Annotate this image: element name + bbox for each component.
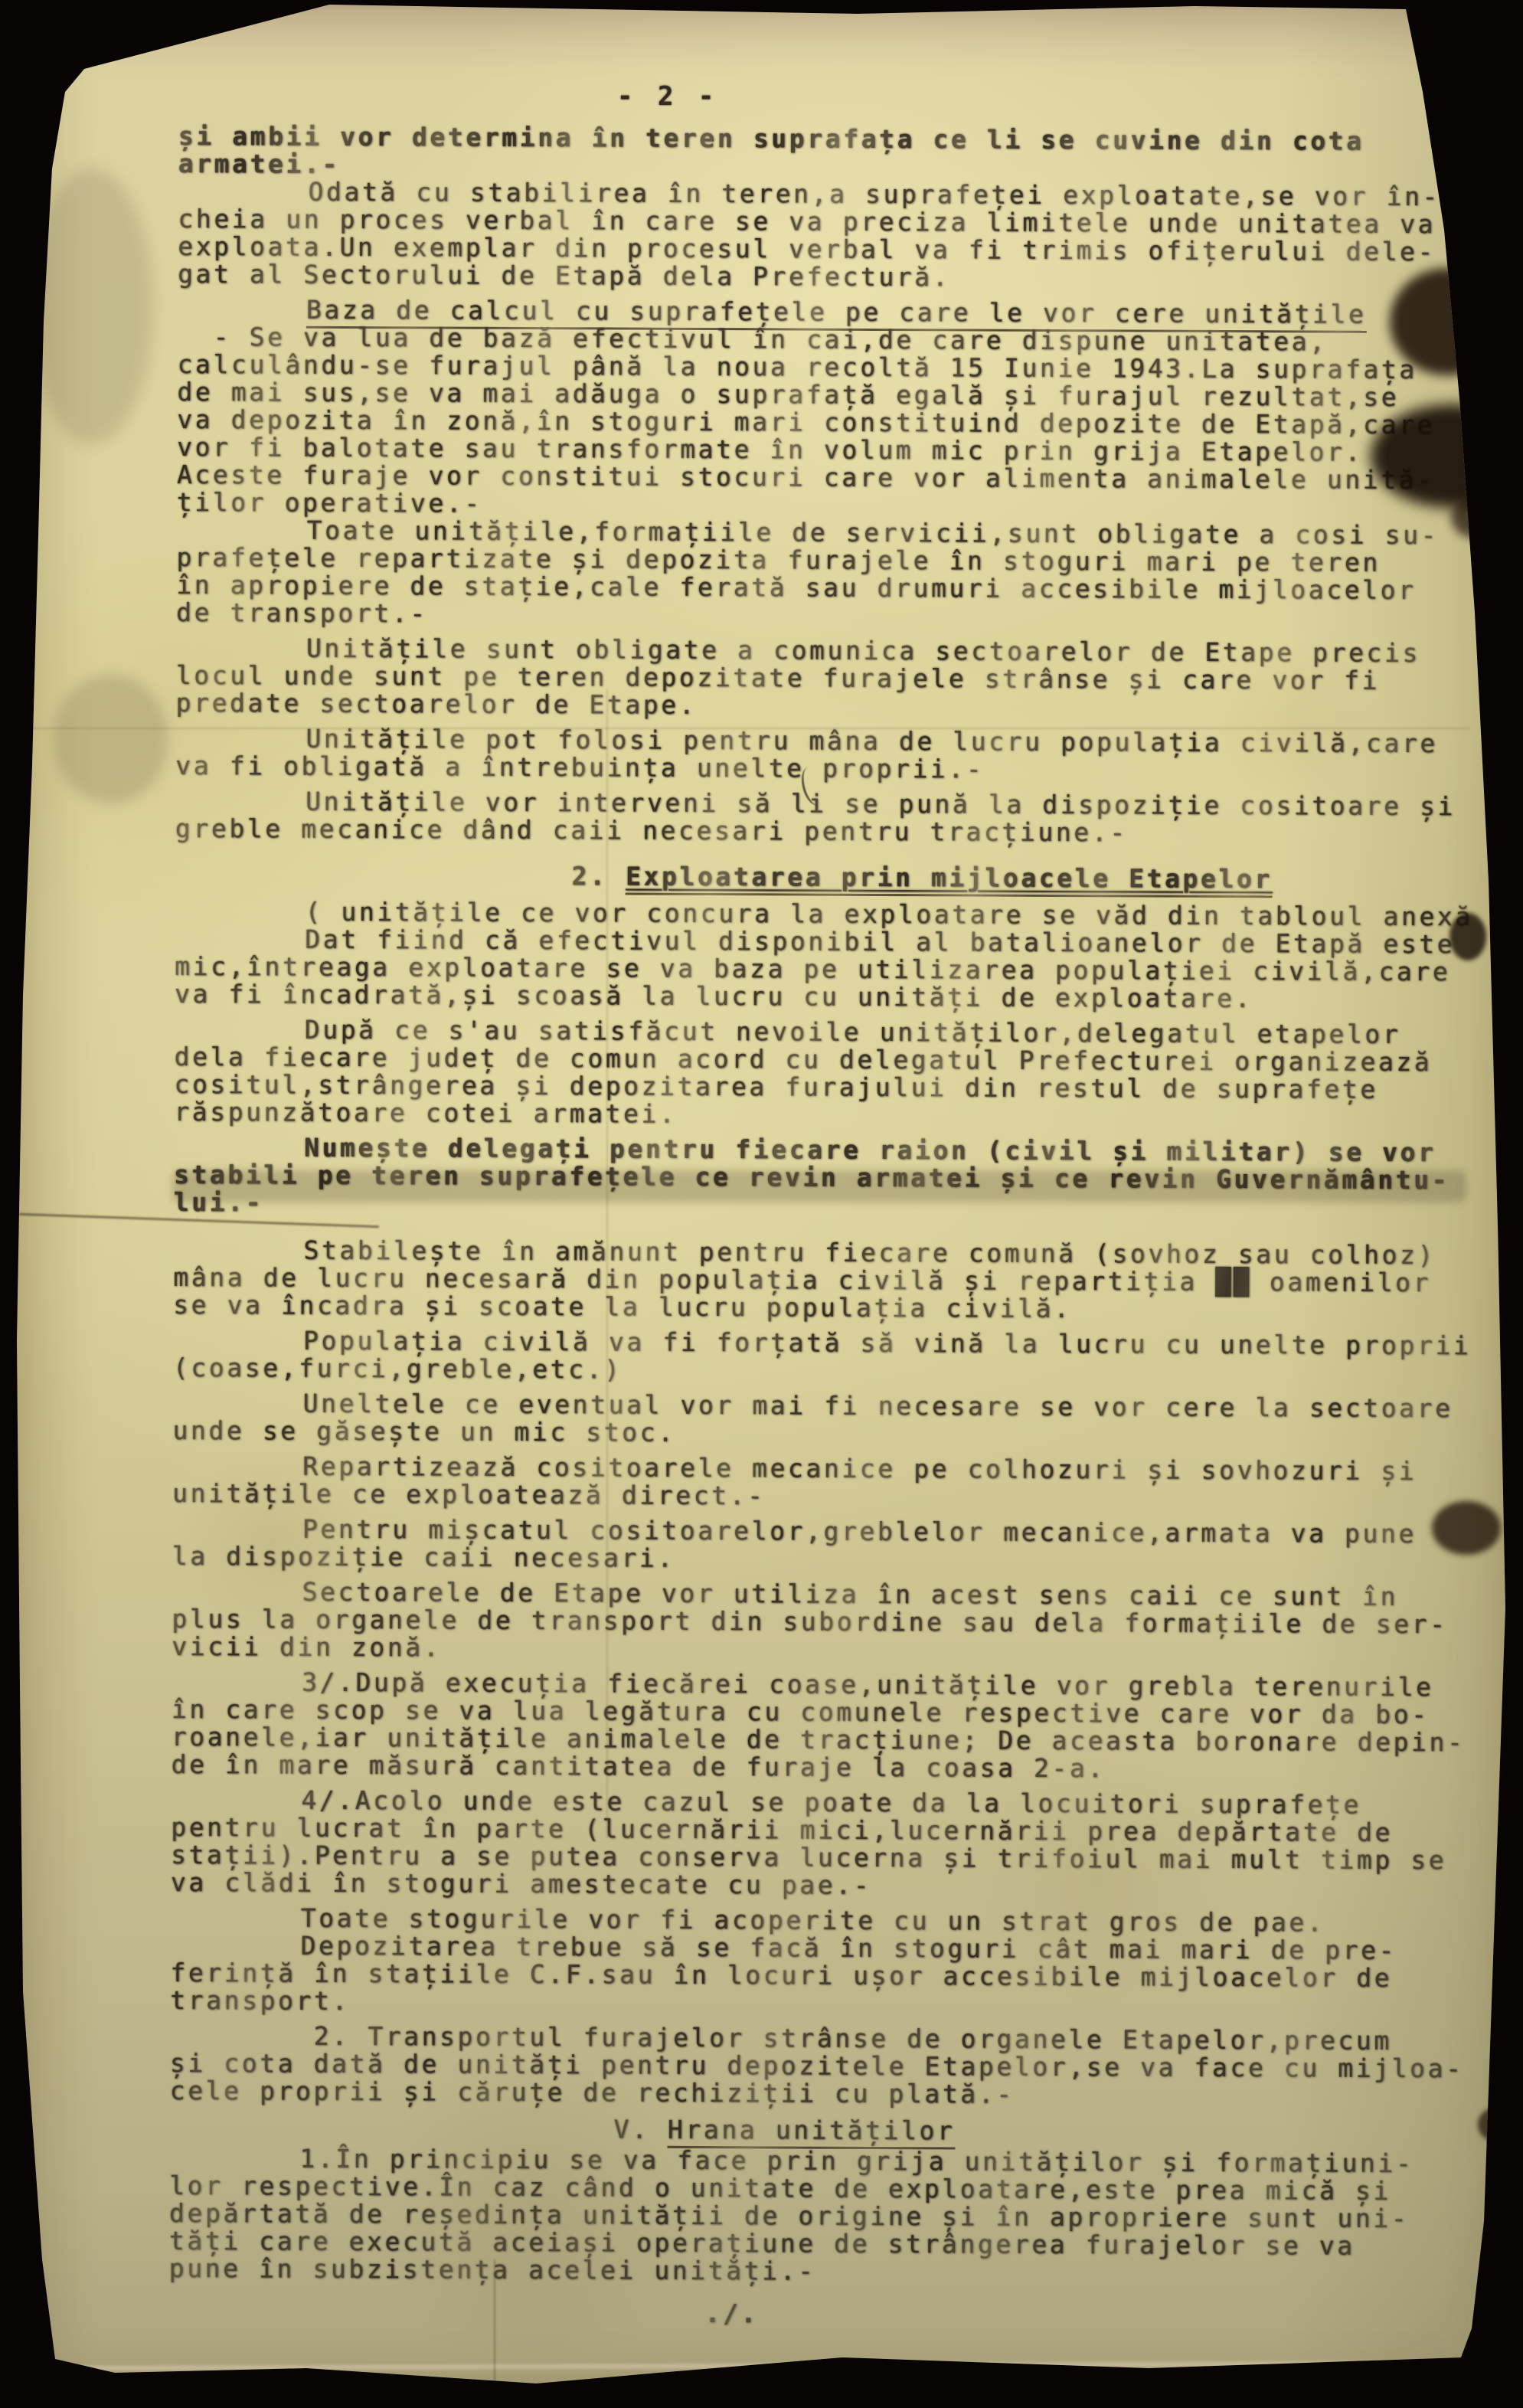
page-number: - 2 -: [617, 81, 718, 112]
paragraph: Populația civilă va fi forțată să vină l…: [173, 1327, 1475, 1387]
paragraph: Repartizează cositoarele mecanice pe col…: [172, 1452, 1474, 1513]
paragraph: și ambii vor determina în teren suprafaț…: [178, 123, 1480, 183]
document-page: - 2 - și ambii vor determina în teren su…: [0, 0, 1523, 2408]
paragraph: 2. Transportul furajelor strânse de orga…: [170, 2022, 1472, 2110]
pencil-smudge-left-top: [31, 168, 153, 444]
paragraph: Numește delegați pentru fiecare raion (c…: [174, 1134, 1476, 1222]
paragraph: Odată cu stabilirea în teren,a suprafețe…: [178, 178, 1480, 293]
ink-spot-right-low: [1478, 2108, 1513, 2141]
paragraph: Sectoarele de Etape vor utiliza în acest…: [172, 1578, 1473, 1666]
section-heading: V. Hrana unităților: [613, 2116, 1471, 2148]
paragraph: 1.În principiu se va face prin grija uni…: [169, 2145, 1472, 2288]
section-heading: 2. Exploatarea prin mijloacele Etapelor: [572, 862, 1477, 894]
paragraph: Unitățile pot folosi pentru mâna de lucr…: [175, 725, 1477, 785]
document-text: și ambii vor determina în teren suprafaț…: [168, 123, 1480, 2331]
paragraph: 4/.Acolo unde este cazul se poate da la …: [171, 1786, 1473, 1902]
torn-bottom-edge: [54, 2361, 1463, 2370]
pencil-smudge-left-mid: [54, 674, 168, 804]
paragraph: Unitățile sunt obligate a comunica secto…: [176, 634, 1478, 722]
paragraph: Dat fiind că efectivul disponibil al bat…: [175, 925, 1476, 1013]
paragraph: Uneltele ce eventual vor mai fi necesare…: [172, 1389, 1474, 1450]
paragraph: - Se va lua de bază efectivul în cai,de …: [177, 323, 1479, 522]
paragraph: Pentru mișcatul cositoarelor,greblelor m…: [172, 1515, 1474, 1575]
paragraph: 3/.După execuția fiecărei coase,unitățil…: [172, 1668, 1474, 1784]
end-mark: ./.: [704, 2300, 1470, 2331]
paragraph: Toate unitățile,formațiile de servicii,s…: [176, 516, 1479, 632]
paragraph: Depozitarea trebue să se facă în stoguri…: [170, 1932, 1472, 2020]
paragraph: Stabilește în amănunt pentru fiecare com…: [173, 1236, 1475, 1324]
paragraph: După ce s'au satisfăcut nevoile unitățil…: [174, 1016, 1476, 1131]
paragraph: Unitățile vor interveni să li se pună la…: [175, 787, 1477, 848]
